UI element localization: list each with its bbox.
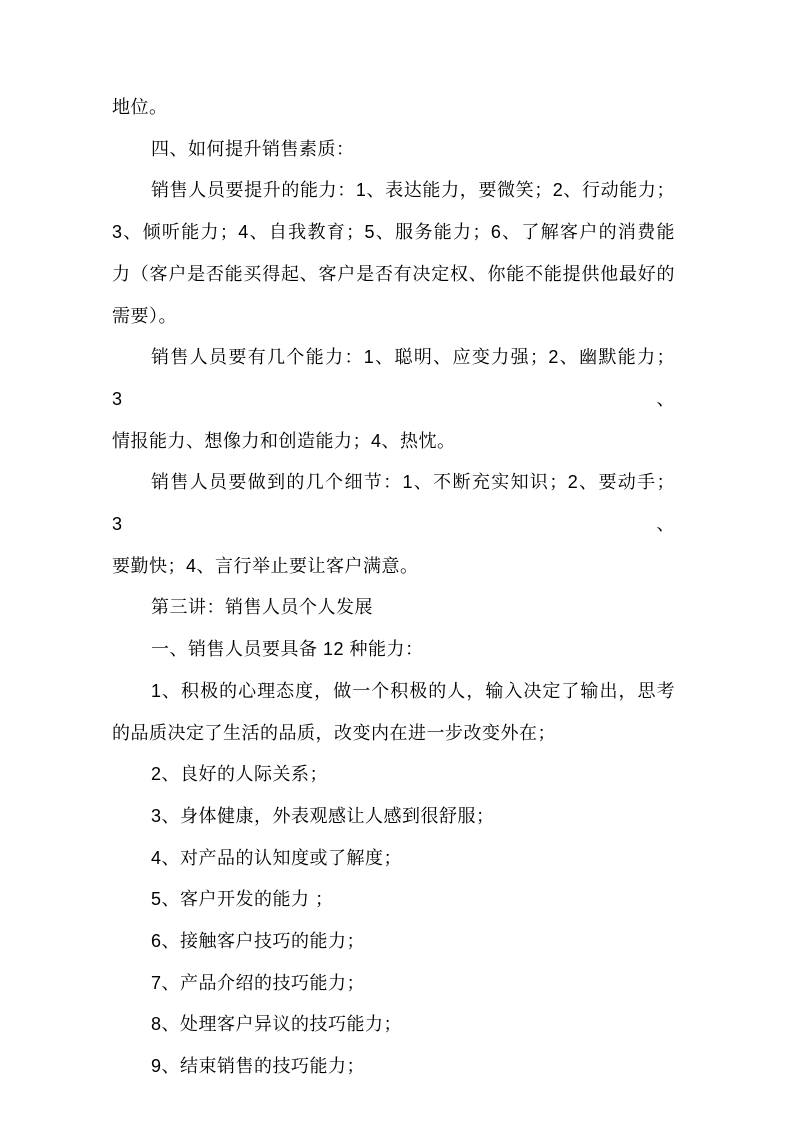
document-page: 地位。 四、如何提升销售素质： 销售人员要提升的能力：1、表达能力，要微笑；2、…: [0, 0, 793, 1122]
text-line: 6、接触客户技巧的能力；: [112, 921, 675, 963]
text-line: 销售人员要做到的几个细节：1、不断充实知识；2、要动手；3、: [112, 462, 675, 545]
text-line: 情报能力、想像力和创造能力；4、热忱。: [112, 421, 675, 463]
text-line: 地位。: [112, 87, 675, 129]
text-line: 销售人员要提升的能力：1、表达能力，要微笑；2、行动能力；: [112, 170, 675, 212]
text-line: 8、处理客户异议的技巧能力；: [112, 1004, 675, 1046]
text-line: 5、客户开发的能力 ；: [112, 879, 675, 921]
text-line: 销售人员要有几个能力：1、聪明、应变力强；2、幽默能力；3、: [112, 337, 675, 420]
text-line: 9、结束销售的技巧能力；: [112, 1046, 675, 1088]
text-line: 7、产品介绍的技巧能力；: [112, 963, 675, 1005]
text-line: 力（客户是否能买得起、客户是否有决定权、你能不能提供他最好的: [112, 254, 675, 296]
document-text-block: 地位。 四、如何提升销售素质： 销售人员要提升的能力：1、表达能力，要微笑；2、…: [112, 87, 675, 1088]
text-line: 2、良好的人际关系；: [112, 754, 675, 796]
text-line: 要勤快；4、言行举止要让客户满意。: [112, 546, 675, 588]
text-line: 1、积极的心理态度，做一个积极的人，输入决定了输出，思考: [112, 671, 675, 713]
text-line: 3、身体健康，外表观感让人感到很舒服；: [112, 796, 675, 838]
text-line: 3、倾听能力；4、自我教育；5、服务能力；6、了解客户的消费能: [112, 212, 675, 254]
text-line: 一、销售人员要具备 12 种能力：: [112, 629, 675, 671]
text-line: 的品质决定了生活的品质，改变内在进一步改变外在；: [112, 713, 675, 755]
text-line: 需要）。: [112, 296, 675, 338]
text-line: 第三讲：销售人员个人发展: [112, 587, 675, 629]
text-line: 四、如何提升销售素质：: [112, 129, 675, 171]
text-line: 4、对产品的认知度或了解度；: [112, 838, 675, 880]
